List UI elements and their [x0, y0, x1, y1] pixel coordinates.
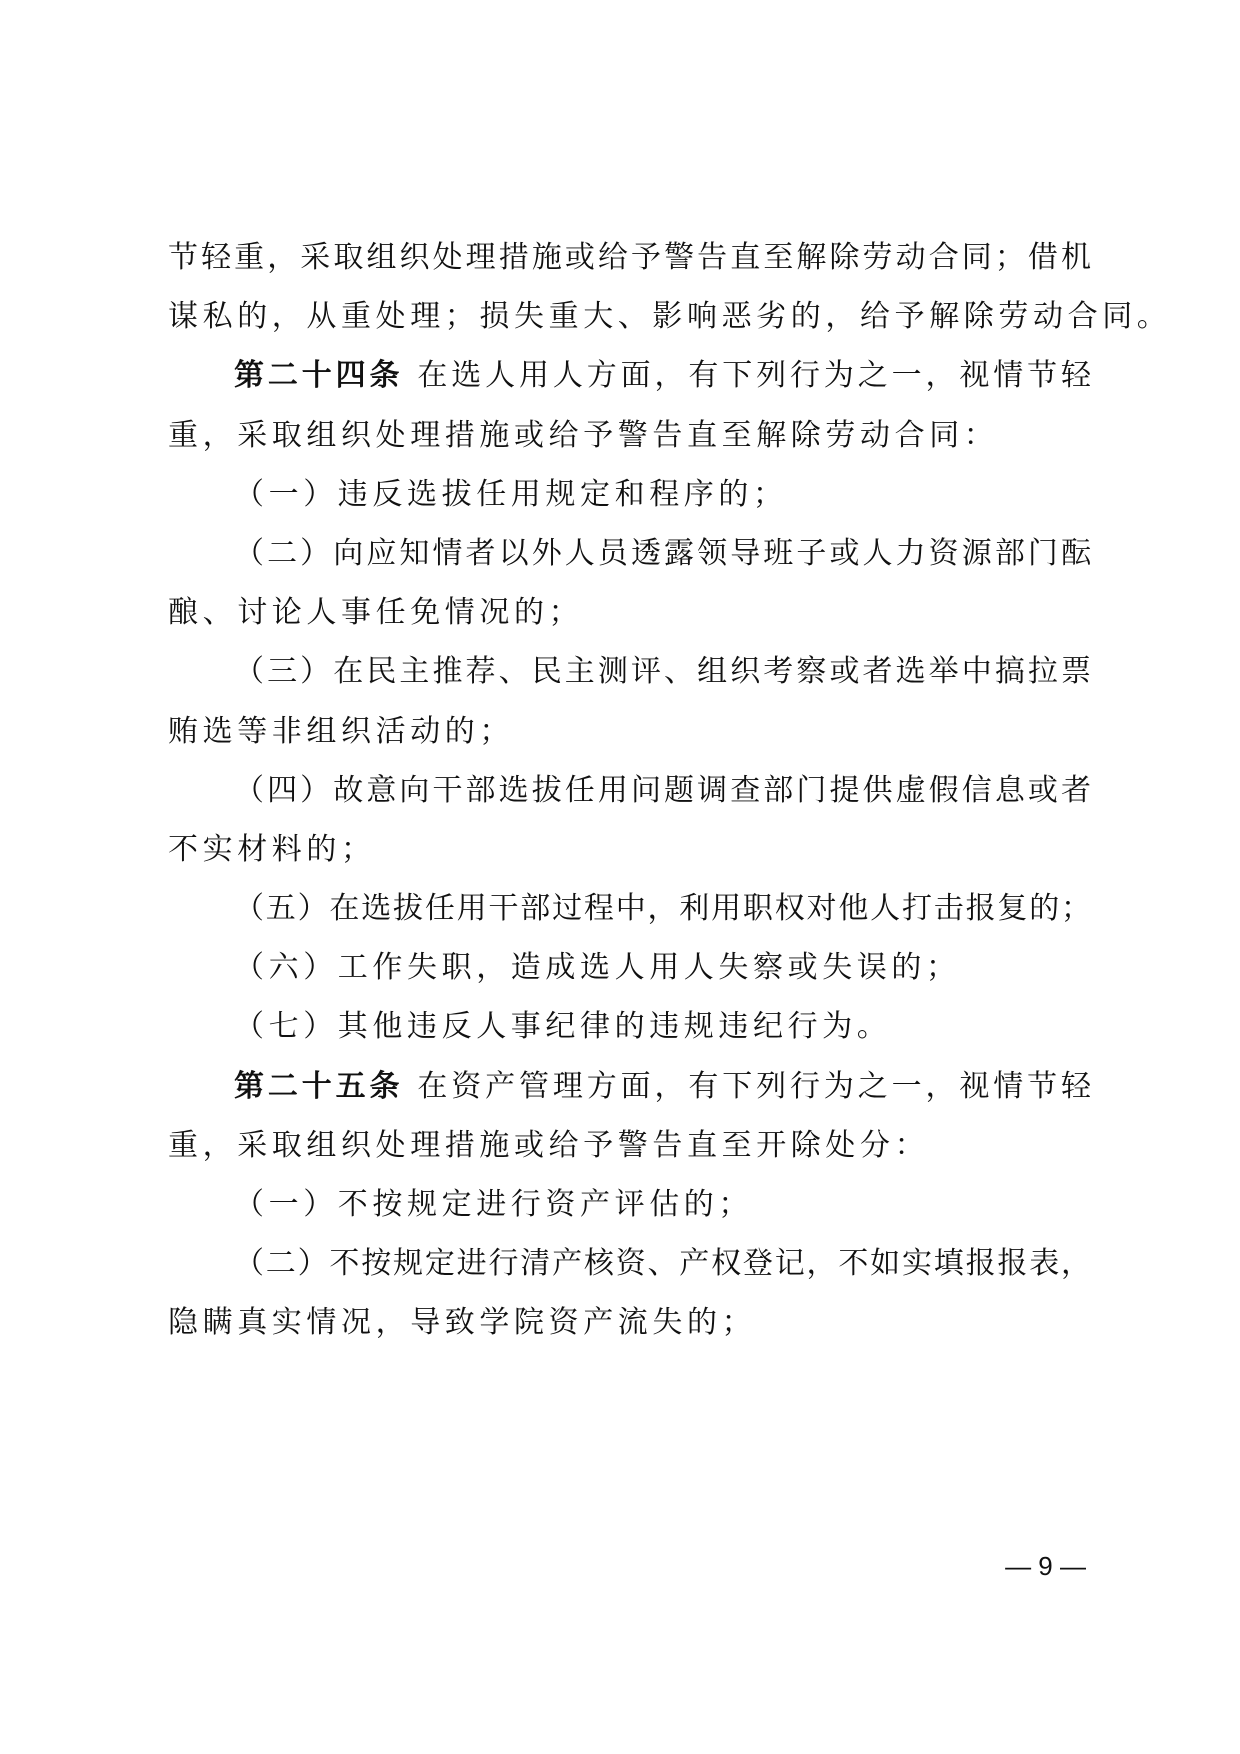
- article-25-title: 第二十五条: [234, 1069, 403, 1104]
- line-text: （四）故意向干部选拔任用问题调查部门提供虚假信息或者: [234, 773, 1091, 808]
- line-text: 在资产管理方面，有下列行为之一，视情节轻: [417, 1069, 1091, 1104]
- article-24-item-3: （三）在民主推荐、民主测评、组织考察或者选举中搞拉票: [168, 642, 1091, 701]
- line-text: （一）违反选拔任用规定和程序的；: [234, 477, 788, 512]
- text-line: 酿、讨论人事任免情况的；: [168, 583, 1091, 642]
- line-text: （五）在选拔任用干部过程中，利用职权对他人打击报复的；: [234, 891, 1091, 926]
- line-text: 谋私的，从重处理；损失重大、影响恶劣的，给予解除劳动合同。: [168, 299, 1171, 334]
- line-text: 重，采取组织处理措施或给予警告直至开除处分：: [168, 1128, 929, 1163]
- text-line: 谋私的，从重处理；损失重大、影响恶劣的，给予解除劳动合同。: [168, 287, 1091, 346]
- article-24-heading-line: 第二十四条在选人用人方面，有下列行为之一，视情节轻: [168, 346, 1091, 405]
- article-24-item-6: （六）工作失职，造成选人用人失察或失误的；: [168, 938, 1091, 997]
- article-24-title: 第二十四条: [234, 358, 403, 393]
- line-text: （一）不按规定进行资产评估的；: [234, 1187, 753, 1222]
- document-page: 节轻重，采取组织处理措施或给予警告直至解除劳动合同；借机 谋私的，从重处理；损失…: [0, 0, 1240, 1754]
- text-line: 重，采取组织处理措施或给予警告直至开除处分：: [168, 1116, 1091, 1175]
- line-text: 隐瞒真实情况，导致学院资产流失的；: [168, 1305, 756, 1340]
- article-25-item-2: （二）不按规定进行清产核资、产权登记，不如实填报报表，: [168, 1234, 1091, 1293]
- article-24-item-5: （五）在选拔任用干部过程中，利用职权对他人打击报复的；: [168, 879, 1091, 938]
- line-text: 在选人用人方面，有下列行为之一，视情节轻: [417, 358, 1091, 393]
- line-text: 不实材料的；: [168, 832, 376, 867]
- text-line: 不实材料的；: [168, 820, 1091, 879]
- text-line: 重，采取组织处理措施或给予警告直至解除劳动合同：: [168, 406, 1091, 465]
- line-text: （三）在民主推荐、民主测评、组织考察或者选举中搞拉票: [234, 654, 1091, 689]
- document-body: 节轻重，采取组织处理措施或给予警告直至解除劳动合同；借机 谋私的，从重处理；损失…: [168, 228, 1091, 1353]
- article-25-heading-line: 第二十五条在资产管理方面，有下列行为之一，视情节轻: [168, 1057, 1091, 1116]
- line-text: 贿选等非组织活动的；: [168, 714, 514, 749]
- line-text: （六）工作失职，造成选人用人失察或失误的；: [234, 950, 961, 985]
- article-24-item-4: （四）故意向干部选拔任用问题调查部门提供虚假信息或者: [168, 761, 1091, 820]
- line-text: （七）其他违反人事纪律的违规违纪行为。: [234, 1009, 891, 1044]
- line-text: （二）向应知情者以外人员透露领导班子或人力资源部门酝: [234, 536, 1091, 571]
- article-24-item-1: （一）违反选拔任用规定和程序的；: [168, 465, 1091, 524]
- text-line: 贿选等非组织活动的；: [168, 702, 1091, 761]
- line-text: 酿、讨论人事任免情况的；: [168, 595, 583, 630]
- line-text: 重，采取组织处理措施或给予警告直至解除劳动合同：: [168, 418, 998, 453]
- line-text: （二）不按规定进行清产核资、产权登记，不如实填报报表，: [234, 1246, 1091, 1281]
- text-line: 隐瞒真实情况，导致学院资产流失的；: [168, 1293, 1091, 1352]
- page-number: — 9 —: [996, 1548, 1086, 1584]
- text-line: 节轻重，采取组织处理措施或给予警告直至解除劳动合同；借机: [168, 228, 1091, 287]
- article-24-item-2: （二）向应知情者以外人员透露领导班子或人力资源部门酝: [168, 524, 1091, 583]
- article-25-item-1: （一）不按规定进行资产评估的；: [168, 1175, 1091, 1234]
- article-24-item-7: （七）其他违反人事纪律的违规违纪行为。: [168, 997, 1091, 1056]
- line-text: 节轻重，采取组织处理措施或给予警告直至解除劳动合同；借机: [168, 240, 1091, 275]
